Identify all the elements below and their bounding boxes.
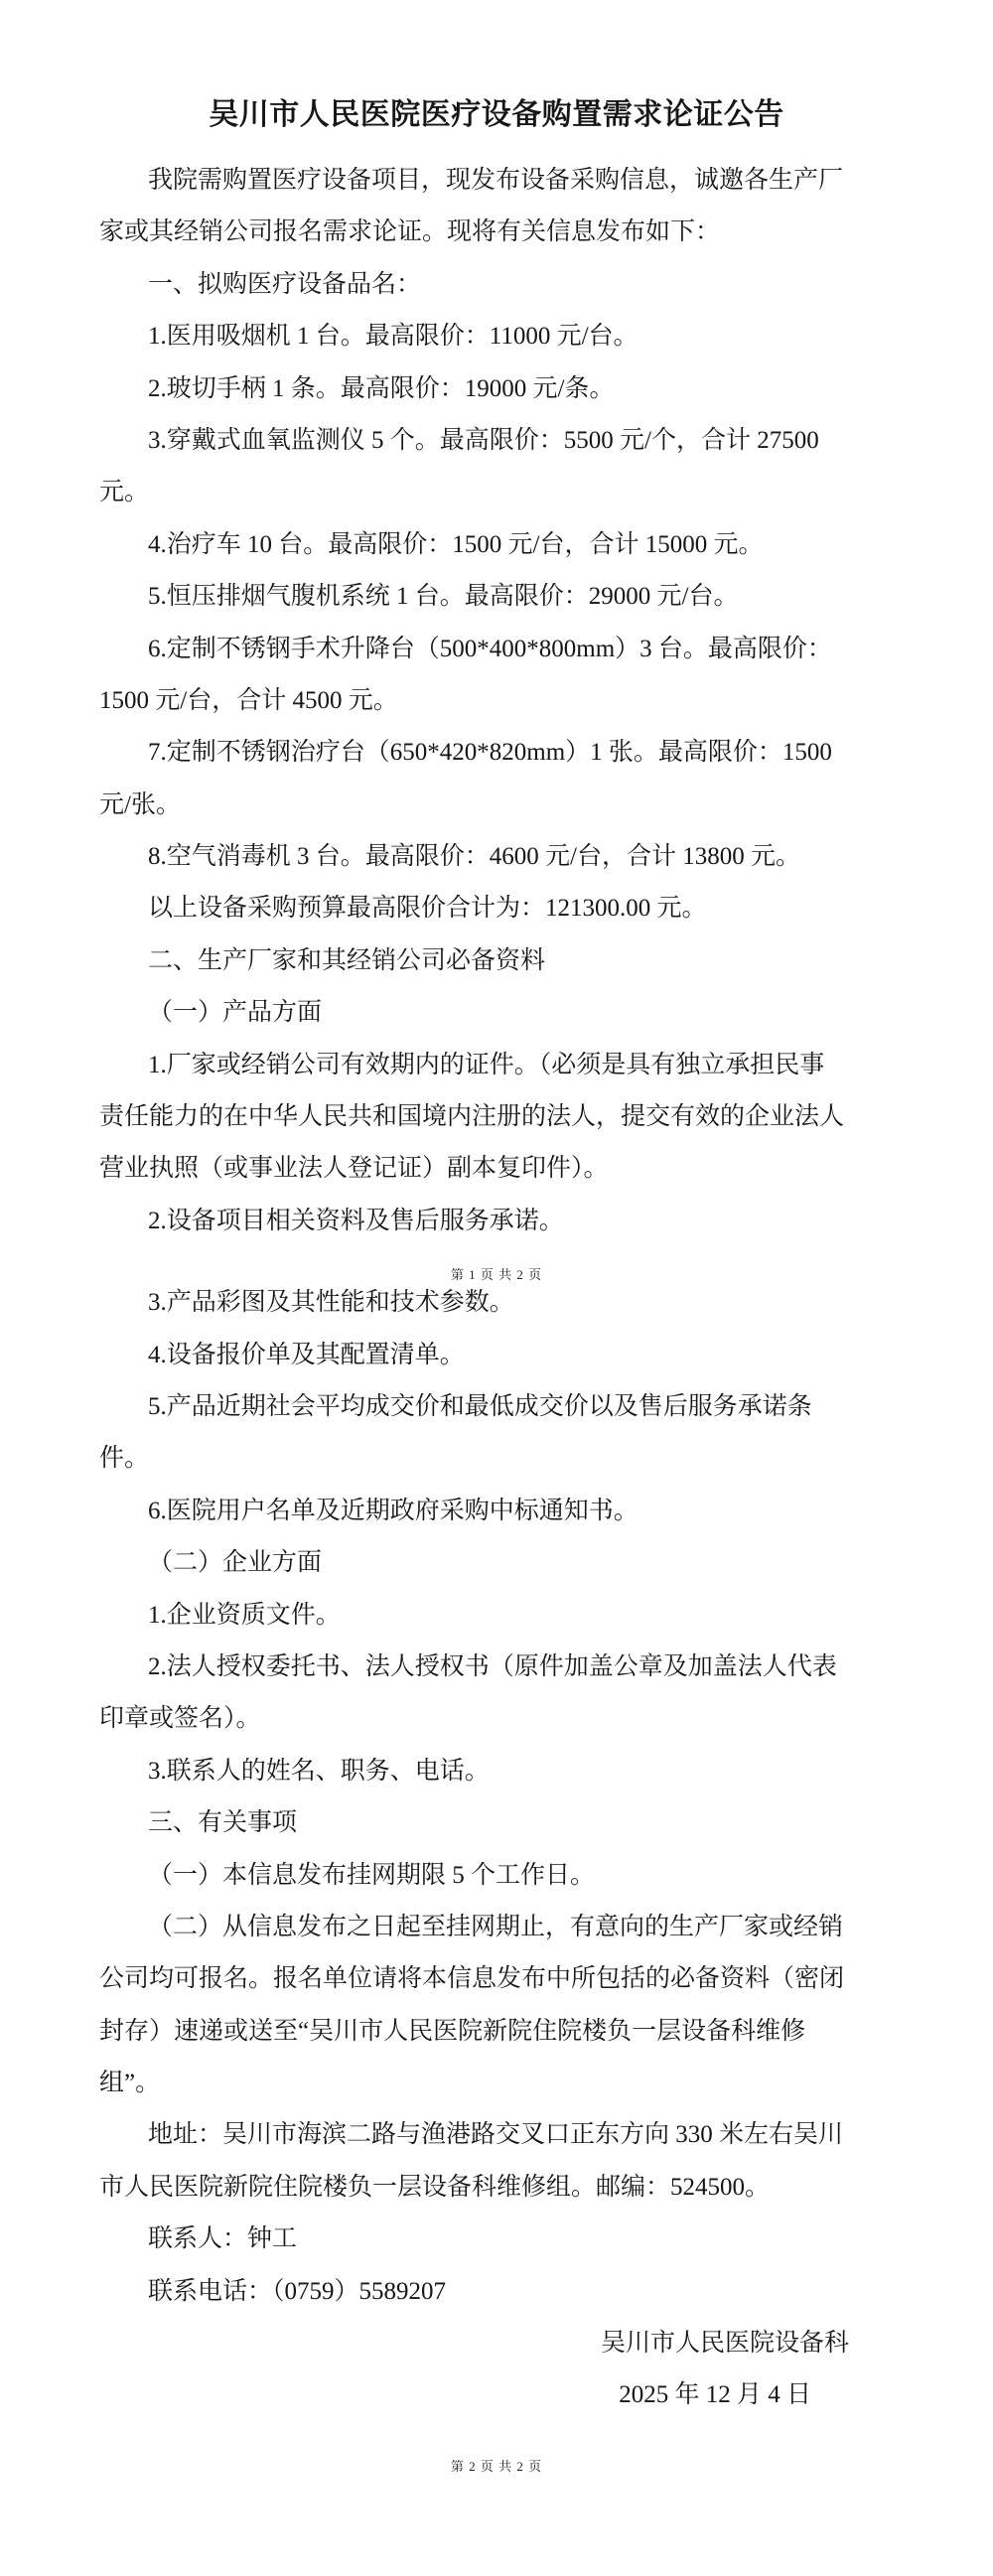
- doc-line: （二）企业方面: [99, 1537, 894, 1589]
- doc-line: 市人民医院新院住院楼负一层设备科维修组。邮编：524500。: [99, 2162, 894, 2214]
- doc-line: 1.企业资质文件。: [99, 1590, 894, 1642]
- date-line: 2025 年 12 月 4 日: [99, 2369, 894, 2421]
- doc-line: 5.产品近期社会平均成交价和最低成交价以及售后服务承诺条: [99, 1381, 894, 1433]
- doc-line: 元/张。: [99, 780, 894, 831]
- doc-line: 责任能力的在中华人民共和国境内注册的法人，提交有效的企业法人: [99, 1091, 894, 1143]
- document-page: { "document": { "title": "吴川市人民医院医疗设备购置需…: [0, 0, 993, 2576]
- doc-line: 印章或签名）。: [99, 1693, 894, 1745]
- page-footer: 第 1 页 共 2 页: [99, 1247, 894, 1277]
- doc-line: 3.联系人的姓名、职务、电话。: [99, 1746, 894, 1797]
- doc-line: 营业执照（或事业法人登记证）副本复印件）。: [99, 1143, 894, 1195]
- signature-line: 吴川市人民医院设备科: [99, 2318, 894, 2369]
- doc-line: 3.产品彩图及其性能和技术参数。: [99, 1277, 894, 1329]
- page-footer: 第 2 页 共 2 页: [99, 2422, 894, 2462]
- doc-line: 以上设备采购预算最高限价合计为：121300.00 元。: [99, 883, 894, 934]
- doc-line: （二）从信息发布之日起至挂网期止，有意向的生产厂家或经销: [99, 1902, 894, 1953]
- doc-line: 家或其经销公司报名需求论证。现将有关信息发布如下：: [99, 207, 894, 258]
- doc-line: （一）产品方面: [99, 987, 894, 1039]
- doc-line: 联系电话：（0759）5589207: [99, 2266, 894, 2318]
- document-title: 吴川市人民医院医疗设备购置需求论证公告: [0, 89, 993, 133]
- doc-line: 联系人：钟工: [99, 2214, 894, 2265]
- doc-line: 元。: [99, 467, 894, 518]
- doc-line: 7.定制不锈钢治疗台（650*420*820mm）1 张。最高限价：1500: [99, 727, 894, 779]
- doc-line: 6.定制不锈钢手术升降台（500*400*800mm）3 台。最高限价：: [99, 624, 894, 675]
- doc-line: 4.设备报价单及其配置清单。: [99, 1330, 894, 1381]
- doc-line: 6.医院用户名单及近期政府采购中标通知书。: [99, 1486, 894, 1537]
- doc-line: 2.玻切手柄 1 条。最高限价：19000 元/条。: [99, 363, 894, 415]
- doc-line: 4.治疗车 10 台。最高限价：1500 元/台，合计 15000 元。: [99, 519, 894, 571]
- doc-line: 封存）速递或送至“吴川市人民医院新院住院楼负一层设备科维修: [99, 2006, 894, 2058]
- doc-line: 1500 元/台，合计 4500 元。: [99, 675, 894, 727]
- doc-line: 一、拟购医疗设备品名：: [99, 259, 894, 311]
- doc-line: （一）本信息发布挂网期限 5 个工作日。: [99, 1850, 894, 1902]
- doc-line: 2.设备项目相关资料及售后服务承诺。: [99, 1196, 894, 1247]
- doc-line: 1.医用吸烟机 1 台。最高限价：11000 元/台。: [99, 311, 894, 362]
- doc-line: 二、生产厂家和其经销公司必备资料: [99, 935, 894, 987]
- doc-line: 地址：吴川市海滨二路与渔港路交叉口正东方向 330 米左右吴川: [99, 2109, 894, 2161]
- doc-line: 公司均可报名。报名单位请将本信息发布中所包括的必备资料（密闭: [99, 1953, 894, 2005]
- doc-line: 我院需购置医疗设备项目，现发布设备采购信息，诚邀各生产厂: [99, 155, 894, 207]
- document-body: 我院需购置医疗设备项目，现发布设备采购信息，诚邀各生产厂家或其经销公司报名需求论…: [0, 155, 993, 2462]
- doc-line: 1.厂家或经销公司有效期内的证件。（必须是具有独立承担民事: [99, 1040, 894, 1091]
- doc-line: 2.法人授权委托书、法人授权书（原件加盖公章及加盖法人代表: [99, 1642, 894, 1693]
- doc-line: 组”。: [99, 2058, 894, 2109]
- doc-line: 件。: [99, 1433, 894, 1485]
- doc-line: 3.穿戴式血氧监测仪 5 个。最高限价：5500 元/个，合计 27500: [99, 415, 894, 467]
- doc-line: 5.恒压排烟气腹机系统 1 台。最高限价：29000 元/台。: [99, 571, 894, 623]
- doc-line: 三、有关事项: [99, 1797, 894, 1849]
- doc-line: 8.空气消毒机 3 台。最高限价：4600 元/台，合计 13800 元。: [99, 831, 894, 883]
